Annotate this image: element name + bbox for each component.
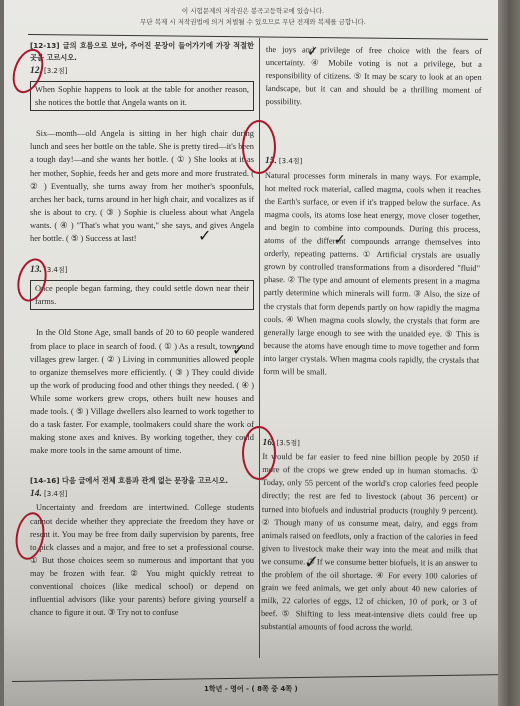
question-passage: Six—month—old Angela is sitting in her h… [30,127,254,245]
question-passage: Natural processes form minerals in many … [263,169,481,380]
question-passage: In the Old Stone Age, small bands of 20 … [30,326,254,457]
question-16: 16. [3.5점] It would be far easier to fee… [261,436,479,635]
question-points: [3.4점] [279,158,302,166]
right-column: the joys and privilege of free choice wi… [261,43,482,635]
question-15: 15. [3.4점] Natural processes form minera… [263,154,481,379]
check-mark-q13: ✓ [232,340,245,359]
header-divider [28,34,488,40]
question-passage: It would be far easier to feed nine bill… [261,450,479,635]
question-points: [3.2점] [44,67,67,75]
footer-divider [12,674,502,682]
question-points: [3.5점] [276,439,299,447]
question-passage: Uncertainty and freedom are intertwined.… [30,501,254,619]
check-mark-q14: ✓ [307,44,319,60]
exam-page: 이 시험문제의 저작권은 봉곡고등학교에 있습니다. 무단 복제 시 저작권법에… [4,0,502,706]
question-points: [3.4점] [44,266,67,274]
background-surface [498,0,520,706]
question-points: [3.4점] [44,490,67,498]
question-12: 12. [3.2점] When Sophie happens to look a… [30,64,254,245]
red-circle-mark-q15 [242,120,276,174]
copyright-line-2: 무단 복제 시 저작권법에 의거 처벌될 수 있으므로 무단 전재와 복제를 금… [4,17,502,28]
red-circle-mark-q16 [242,426,276,480]
check-mark-q15: ✓ [334,232,346,248]
set-14-16-instruction: [14-16] 다음 글에서 전체 흐름과 관계 없는 문장을 고르시오. [30,475,254,487]
check-mark-q16: ✓ [304,552,319,573]
left-column: [12-13] 글의 흐름으로 보아, 주어진 문장이 들어가기에 가장 적절한… [30,40,254,619]
copyright-header: 이 시험문제의 저작권은 봉곡고등학교에 있습니다. 무단 복제 시 저작권법에… [4,6,502,28]
question-14: 14. [3.4점] Uncertainty and freedom are i… [30,487,254,619]
given-sentence-box: When Sophie happens to look at the table… [30,81,254,111]
page-footer: 1학년 - 영어 - ( 8쪽 중 4쪽 ) [204,684,298,694]
set-12-13-instruction: [12-13] 글의 흐름으로 보아, 주어진 문장이 들어가기에 가장 적절한… [30,40,254,64]
question-number: 14. [30,489,42,499]
question-14-continuation: the joys and privilege of free choice wi… [265,43,482,110]
check-mark-q12: ✓ [198,226,211,245]
question-13: 13. [3.4점] Once people began farming, th… [30,263,254,457]
given-sentence-box: Once people began farming, they could se… [30,280,254,310]
copyright-line-1: 이 시험문제의 저작권은 봉곡고등학교에 있습니다. [4,6,502,17]
